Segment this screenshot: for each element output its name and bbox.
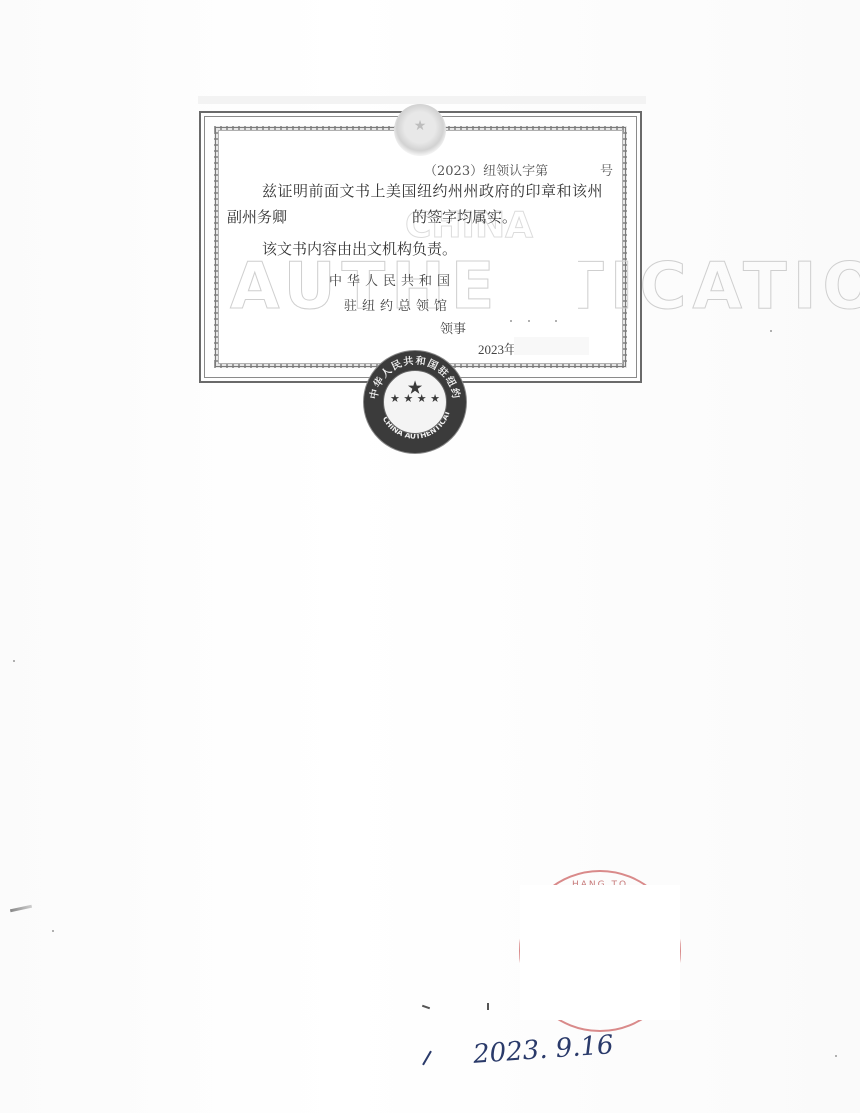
consulate-seal: 中华人民共和国驻纽约总领事馆 CHINA AUTHENTICATION ★★ ★… bbox=[364, 351, 466, 453]
certification-line-2-prefix: 副州务卿 bbox=[227, 206, 287, 227]
issuer-office: 驻纽约总领馆 bbox=[344, 295, 452, 314]
reference-suffix: 号 bbox=[600, 160, 613, 179]
redaction-name bbox=[493, 258, 578, 318]
consul-label: 领事 bbox=[440, 318, 466, 337]
issuer-country: 中华人民共和国 bbox=[329, 270, 455, 289]
certification-line-2-suffix: 的签字均属实。 bbox=[412, 206, 517, 227]
responsibility-statement: 该文书内容由出文机构负责。 bbox=[262, 238, 457, 259]
issue-date: 2023年 bbox=[478, 339, 517, 358]
redaction-date bbox=[514, 337, 589, 355]
national-emblem-icon: ★ bbox=[394, 104, 446, 156]
scan-edge bbox=[198, 96, 646, 104]
certification-line-1: 兹证明前面文书上美国纽约州州政府的印章和该州 bbox=[262, 180, 603, 201]
star-icon: ★★ ★ ★ ★ bbox=[384, 383, 446, 403]
reference-number: （2023）纽领认字第 bbox=[424, 160, 548, 179]
redaction-stamp bbox=[520, 885, 680, 1020]
